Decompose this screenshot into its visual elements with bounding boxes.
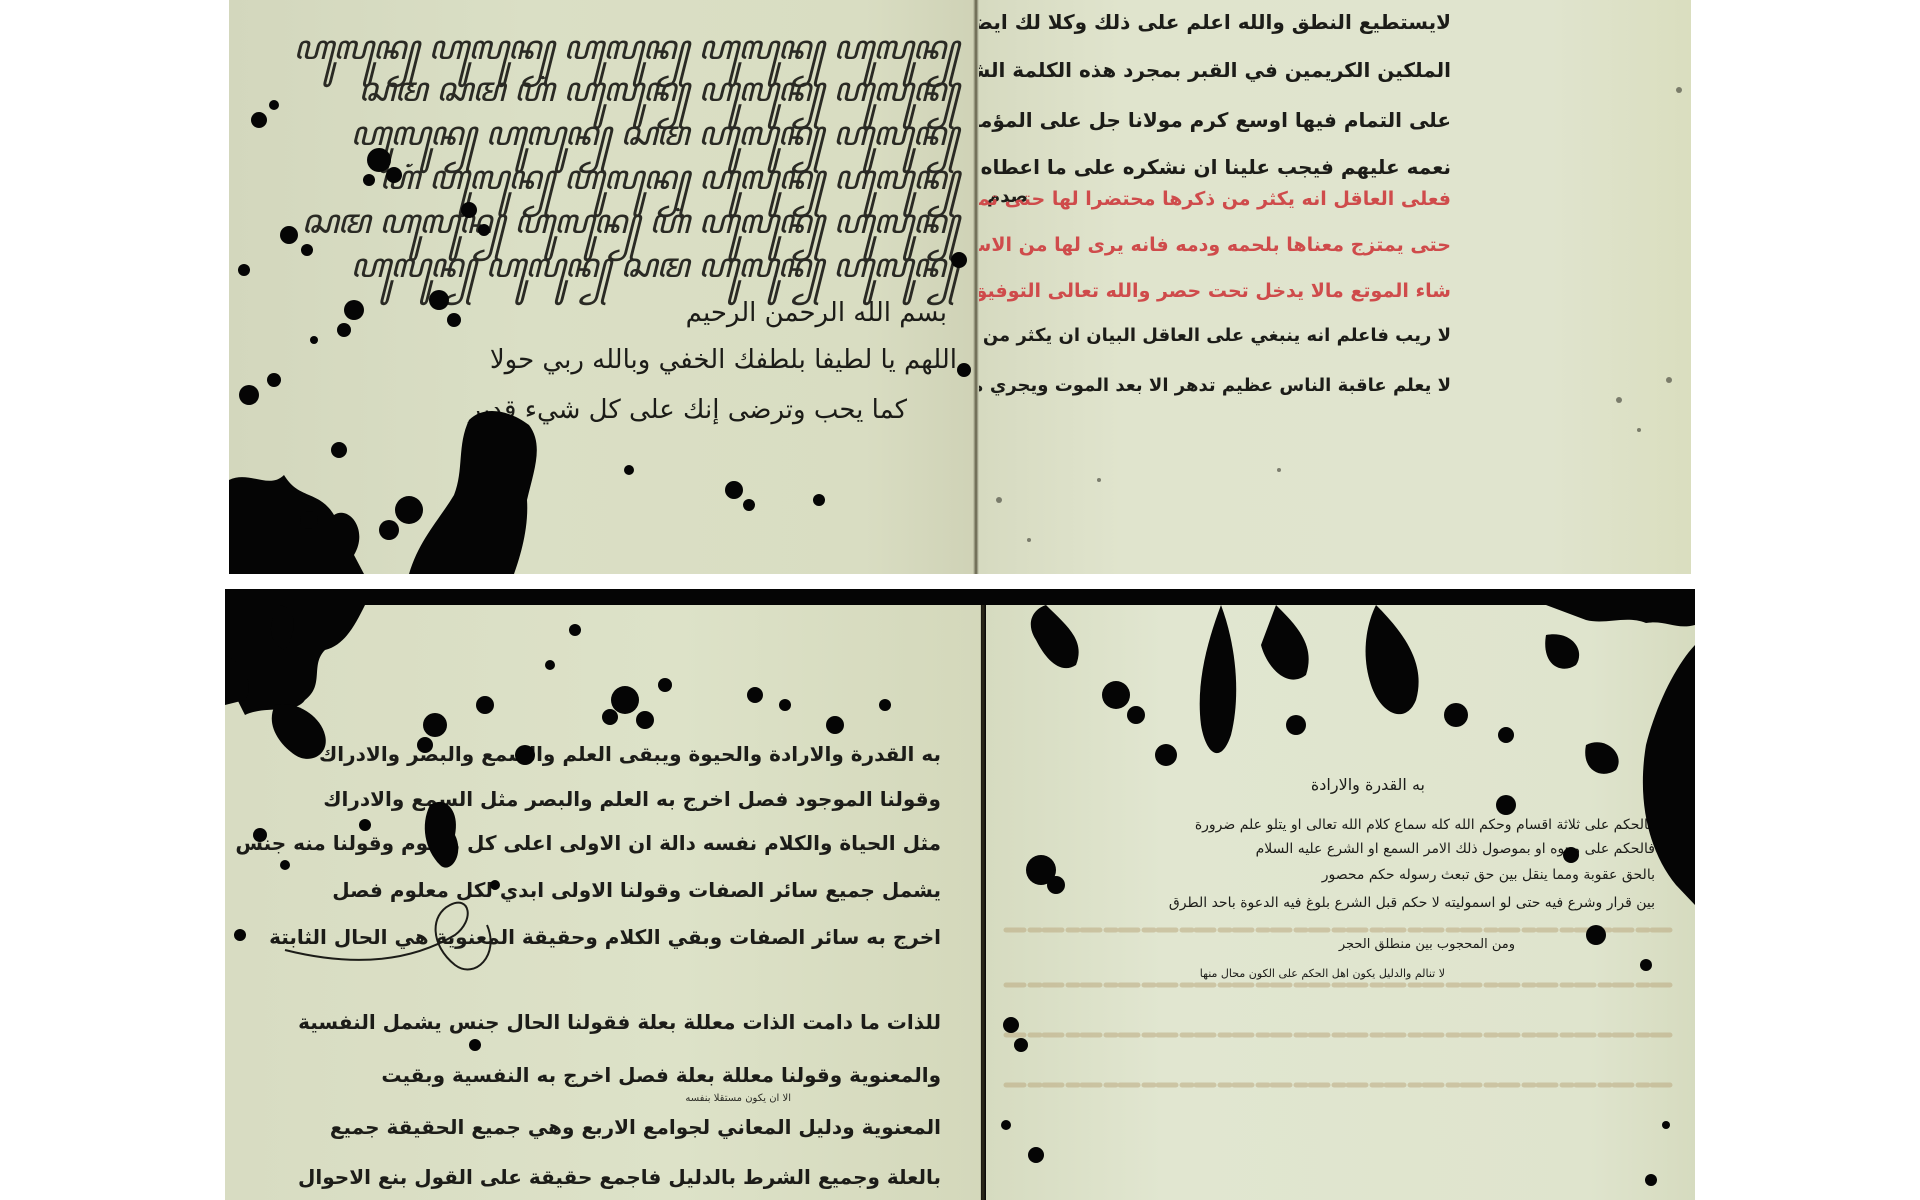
top-manuscript-photo: ꦲꦸꦭꦸꦤ꧀ ꦲꦸꦭꦸꦤ꧀ ꦲꦸꦭꦸꦤ꧀ ꦲꦸꦭꦸꦤ꧀ ꦲꦸꦭꦸꦤ꧀ ꦱꦩ ꦱꦩ…	[229, 0, 1691, 574]
bottom-manuscript-photo: به القدرة والارادة والحيوة ويبقى العلم و…	[225, 589, 1695, 1200]
mold-damage-bottom-left	[225, 605, 981, 1200]
faded-text-and-damage	[986, 605, 1695, 1200]
mold-damage-left	[229, 0, 977, 574]
stain-marks-right	[979, 0, 1691, 574]
bottom-left-page: به القدرة والارادة والحيوة ويبقى العلم و…	[225, 605, 981, 1200]
top-left-page: ꦲꦸꦭꦸꦤ꧀ ꦲꦸꦭꦸꦤ꧀ ꦲꦸꦭꦸꦤ꧀ ꦲꦸꦭꦸꦤ꧀ ꦲꦸꦭꦸꦤ꧀ ꦱꦩ ꦱꦩ…	[229, 0, 977, 574]
top-right-page: لايستطيع النطق والله اعلم على ذلك وكلا ل…	[979, 0, 1691, 574]
bottom-right-page: به القدرة والارادة فالحكم على ثلاثة اقسا…	[986, 605, 1695, 1200]
